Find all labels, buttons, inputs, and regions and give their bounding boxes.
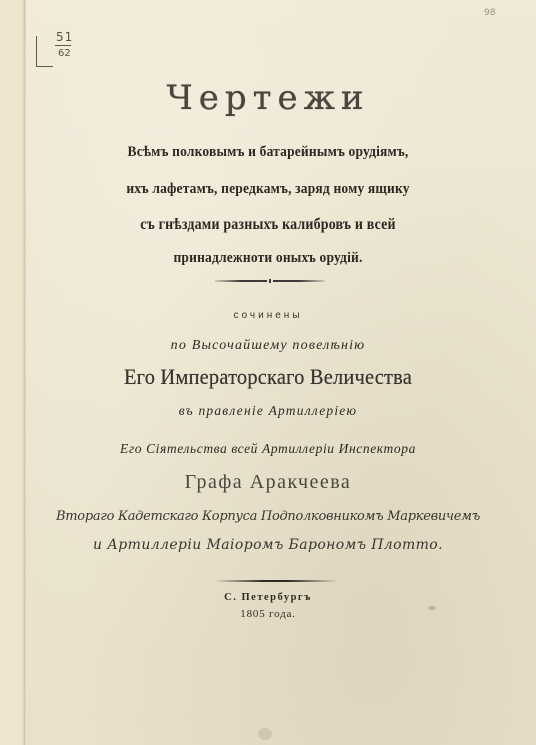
library-shelfmark: 51 62 <box>36 30 86 70</box>
imprint-year: 1805 года. <box>0 608 536 620</box>
excellency-line: Его Сіятельства всей Артиллеріи Инспекто… <box>0 441 536 457</box>
document-title: Чертежи <box>0 78 536 118</box>
subtitle-line-4: принадлежноти оныхъ орудій. <box>27 250 509 267</box>
authors-line-2: и Артиллеріи Маіоромъ Барономъ Плотто. <box>0 537 536 553</box>
imprint-divider <box>214 580 338 582</box>
paper-stain <box>258 728 272 740</box>
shelfmark-bottom-number: 62 <box>58 48 71 59</box>
composed-label: сочинены <box>0 310 536 321</box>
subtitle-line-2: ихъ лафетамъ, передкамъ, заряд ному ящик… <box>27 181 509 198</box>
shelfmark-fraction-bar <box>55 45 71 46</box>
shelfmark-bracket <box>36 36 53 67</box>
decree-line: по Высочайшему повелѣнію <box>0 338 536 354</box>
majesty-line: Его Императорскаго Величества <box>19 364 517 390</box>
page-number: 98 <box>484 8 495 18</box>
shelfmark-top-number: 51 <box>56 30 73 44</box>
subtitle-line-1: Всѣмъ полковымъ и батарейнымъ орудіямъ, <box>27 144 509 161</box>
authors-line-1: Втораго Кадетскаго Корпуса Подполковнико… <box>0 509 536 524</box>
imprint-city: С. Петербургъ <box>0 592 536 603</box>
subtitle-line-3: съ гнѣздами разныхъ калибровъ и всей <box>27 216 509 234</box>
ornamental-divider <box>215 280 325 282</box>
administration-line: въ правленіе Артиллеріею <box>0 403 536 419</box>
count-name-line: Графа Аракчеева <box>0 471 536 494</box>
document-page: 51 62 98 Чертежи Всѣмъ полковымъ и батар… <box>0 0 536 745</box>
